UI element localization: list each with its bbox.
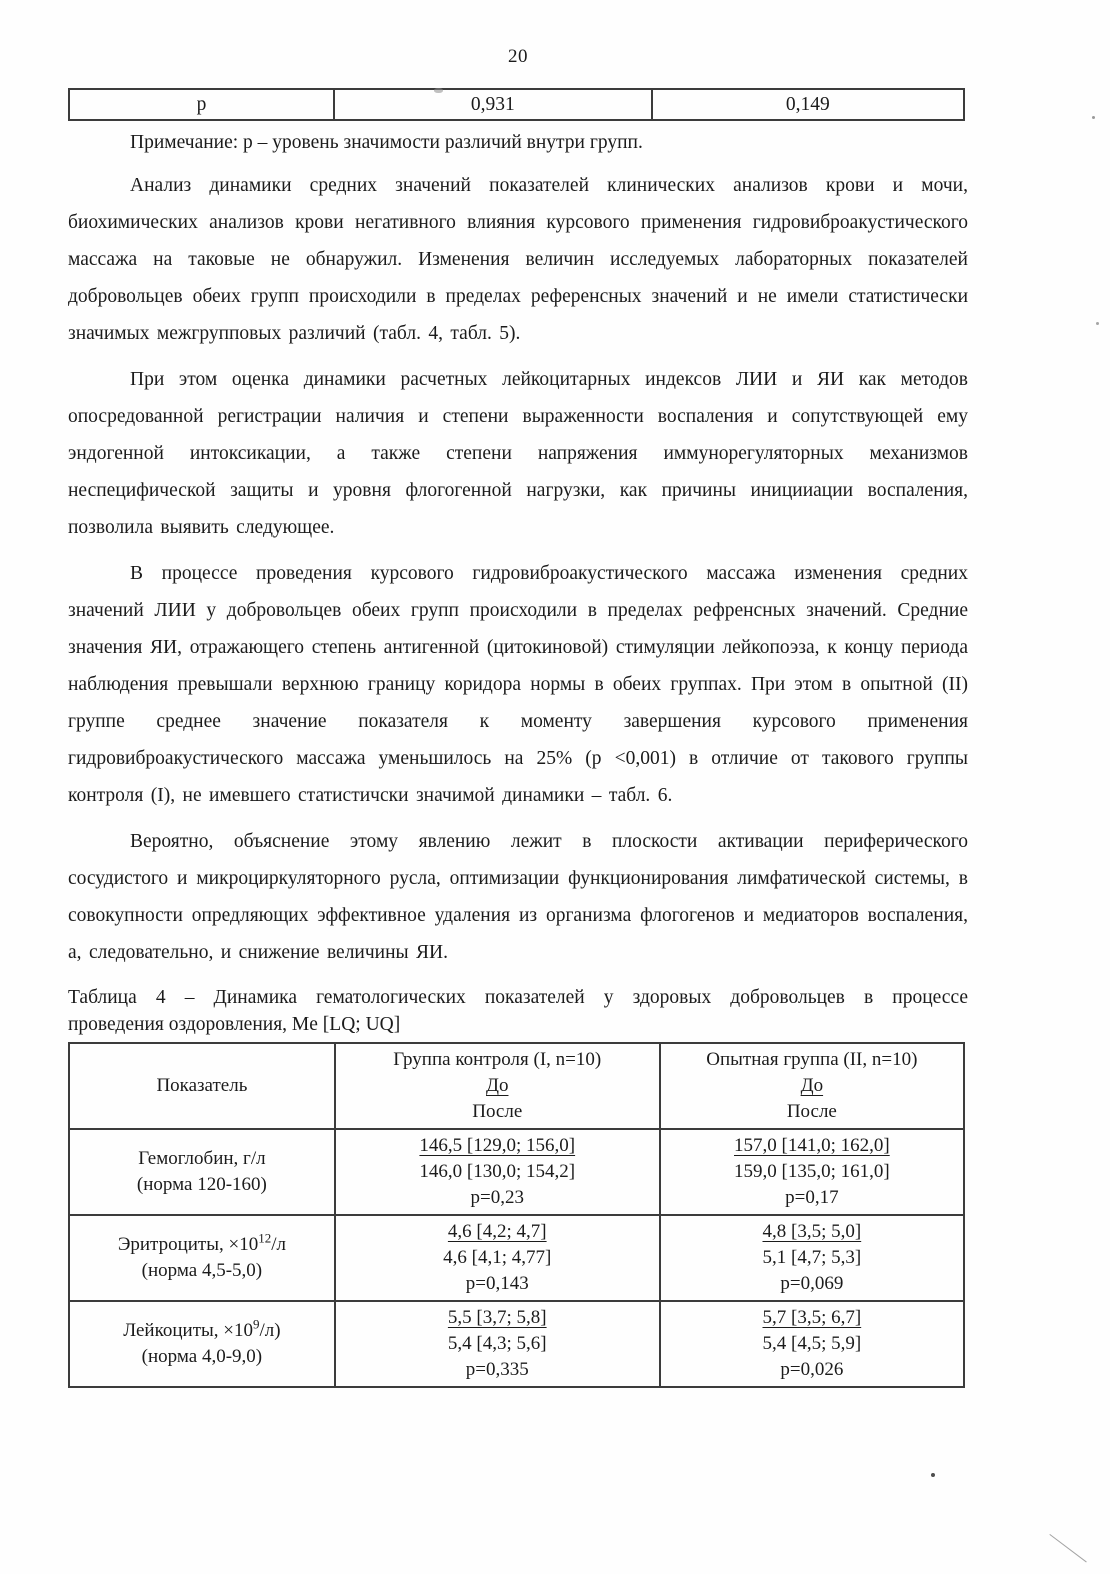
value-after: 5,4 [4,3; 5,6] (340, 1331, 655, 1357)
indicator-norm: (норма 4,0-9,0) (74, 1344, 330, 1370)
indicator-cell: Эритроциты, ×1012/л (норма 4,5-5,0) (69, 1215, 335, 1301)
indicator-name: Лейкоциты, ×109/л) (74, 1318, 330, 1344)
value-before: 5,5 [3,7; 5,8] (340, 1305, 655, 1331)
header-experimental-group: Опытная группа (II, n=10) До После (660, 1043, 964, 1129)
header-after-label: После (340, 1099, 655, 1125)
header-before-label: До (340, 1073, 655, 1099)
value-after: 5,1 [4,7; 5,3] (665, 1245, 959, 1271)
table4-caption: Таблица 4 – Динамика гематологических по… (68, 984, 968, 1038)
value-after: 5,4 [4,5; 5,9] (665, 1331, 959, 1357)
table-row: Лейкоциты, ×109/л) (норма 4,0-9,0) 5,5 [… (69, 1301, 964, 1387)
p-row-label: р (69, 89, 334, 120)
scan-artifact-speck (1096, 322, 1099, 325)
body-paragraph: Вероятно, объяснение этому явлению лежит… (68, 823, 968, 971)
header-control-title: Группа контроля (I, n=10) (340, 1047, 655, 1073)
header-before-label: До (665, 1073, 959, 1099)
header-control-group: Группа контроля (I, n=10) До После (335, 1043, 660, 1129)
value-before: 4,8 [3,5; 5,0] (665, 1219, 959, 1245)
table-row: Эритроциты, ×1012/л (норма 4,5-5,0) 4,6 … (69, 1215, 964, 1301)
value-before: 5,7 [3,5; 6,7] (665, 1305, 959, 1331)
body-paragraph: В процессе проведения курсового гидровиб… (68, 555, 968, 814)
scanned-document-page: 20 р 0,931 0,149 Примечание: р – уровень… (0, 0, 1110, 1574)
control-values-cell: 5,5 [3,7; 5,8] 5,4 [4,3; 5,6] р=0,335 (335, 1301, 660, 1387)
indicator-norm: (норма 4,5-5,0) (74, 1258, 330, 1284)
indicator-norm: (норма 120-160) (74, 1172, 330, 1198)
page-content: 20 р 0,931 0,149 Примечание: р – уровень… (68, 0, 968, 1388)
p-value-experimental: 0,149 (652, 89, 964, 120)
experimental-values-cell: 4,8 [3,5; 5,0] 5,1 [4,7; 5,3] р=0,069 (660, 1215, 964, 1301)
experimental-values-cell: 5,7 [3,5; 6,7] 5,4 [4,5; 5,9] р=0,026 (660, 1301, 964, 1387)
indicator-cell: Лейкоциты, ×109/л) (норма 4,0-9,0) (69, 1301, 335, 1387)
table4: Показатель Группа контроля (I, n=10) До … (68, 1042, 965, 1388)
scan-artifact-speck (931, 1473, 935, 1477)
value-before: 146,5 [129,0; 156,0] (340, 1133, 655, 1159)
indicator-cell: Гемоглобин, г/л (норма 120-160) (69, 1129, 335, 1215)
p-value: р=0,026 (665, 1357, 959, 1383)
indicator-name: Гемоглобин, г/л (74, 1146, 330, 1172)
body-paragraph: При этом оценка динамики расчетных лейко… (68, 361, 968, 546)
scan-artifact-speck (1092, 116, 1095, 119)
value-before: 157,0 [141,0; 162,0] (665, 1133, 959, 1159)
body-text: Анализ динамики средних значений показат… (68, 167, 968, 971)
control-values-cell: 4,6 [4,2; 4,7] 4,6 [4,1; 4,77] р=0,143 (335, 1215, 660, 1301)
p-value: р=0,23 (340, 1185, 655, 1211)
page-number: 20 (68, 46, 968, 68)
scan-artifact-scratch (1049, 1534, 1086, 1562)
p-value: р=0,069 (665, 1271, 959, 1297)
value-after: 159,0 [135,0; 161,0] (665, 1159, 959, 1185)
table4-caption-line2: проведения оздоровления, Me [LQ; UQ] (68, 1011, 968, 1038)
header-indicator: Показатель (69, 1043, 335, 1129)
body-paragraph: Анализ динамики средних значений показат… (68, 167, 968, 352)
table-row: Гемоглобин, г/л (норма 120-160) 146,5 [1… (69, 1129, 964, 1215)
value-before: 4,6 [4,2; 4,7] (340, 1219, 655, 1245)
value-after: 146,0 [130,0; 154,2] (340, 1159, 655, 1185)
table-footnote: Примечание: р – уровень значимости разли… (68, 128, 968, 158)
p-value: р=0,17 (665, 1185, 959, 1211)
p-value-control: 0,931 (334, 89, 652, 120)
p-value-table-fragment: р 0,931 0,149 (68, 88, 965, 121)
control-values-cell: 146,5 [129,0; 156,0] 146,0 [130,0; 154,2… (335, 1129, 660, 1215)
table4-header-row: Показатель Группа контроля (I, n=10) До … (69, 1043, 964, 1129)
header-after-label: После (665, 1099, 959, 1125)
p-value: р=0,335 (340, 1357, 655, 1383)
header-experimental-title: Опытная группа (II, n=10) (665, 1047, 959, 1073)
p-value: р=0,143 (340, 1271, 655, 1297)
table4-caption-line1: Таблица 4 – Динамика гематологических по… (68, 984, 968, 1011)
indicator-name: Эритроциты, ×1012/л (74, 1232, 330, 1258)
value-after: 4,6 [4,1; 4,77] (340, 1245, 655, 1271)
table-row: р 0,931 0,149 (69, 89, 964, 120)
experimental-values-cell: 157,0 [141,0; 162,0] 159,0 [135,0; 161,0… (660, 1129, 964, 1215)
